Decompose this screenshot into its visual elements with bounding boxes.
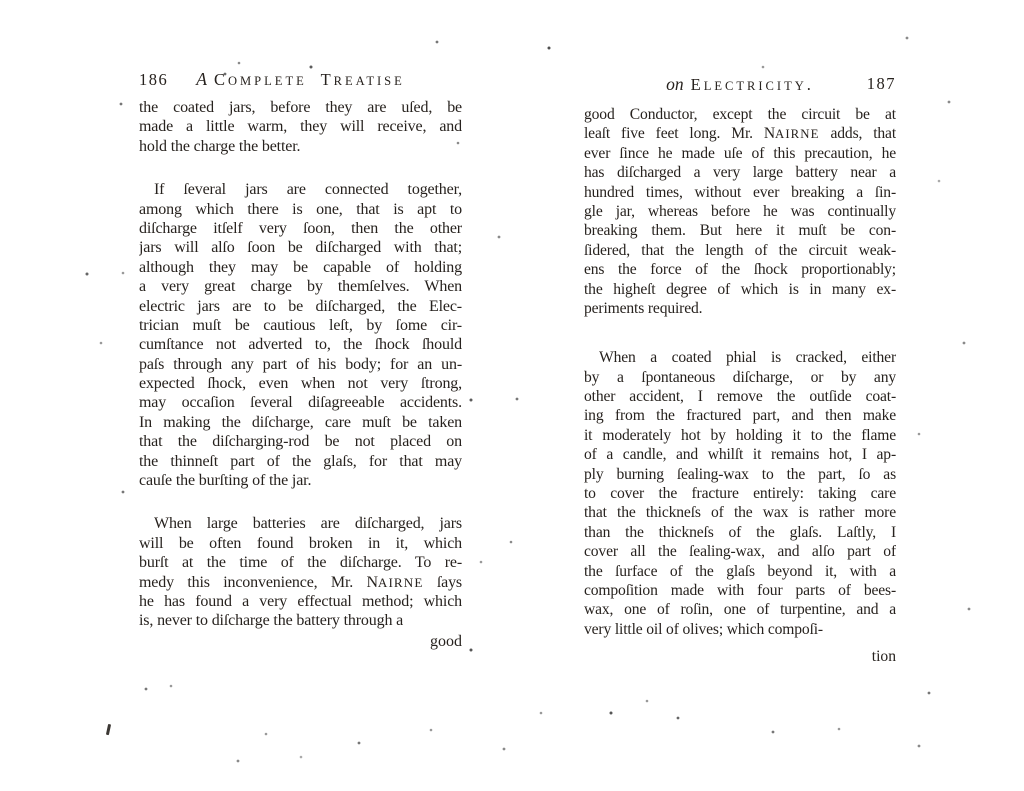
text-line: to cover the fracture entirely: taking c… [584,484,896,503]
text-line: it moderately hot by holding it to the f… [584,426,896,445]
text-line: a very great charge by themſelves. When [139,277,462,296]
text-line: very little oil of olives; which compoſi… [584,620,896,639]
text-line: diſcharge itſelf very ſoon, then the oth… [139,219,462,238]
running-title-left: COMPLETE TREATISE [214,70,405,90]
text-line: breaking them. But here it muſt be con- [584,221,896,240]
text-line: ply burning ſealing-wax to the part, ſo … [584,465,896,484]
ink-mark [106,724,111,735]
text-line: than the thickneſs of the glaſs. Laſtly,… [584,523,896,542]
paragraph: the coated jars, before they are uſed, b… [139,98,462,156]
text-line: cumſtance not adverted to, the ſhock ſho… [139,335,462,354]
text-line: wax, one of roſin, one of turpentine, an… [584,600,896,619]
paragraph: When large batteries are diſcharged, jar… [139,514,462,630]
text-line: leaſt five feet long. Mr. NAIRNE adds, t… [584,124,896,143]
text-line: good Conductor, except the circuit be at [584,105,896,124]
small-caps-word: NAIRNE [764,125,820,142]
page-body-right: good Conductor, except the circuit be at… [584,105,896,639]
text-line: the higheſt degree of which is in many e… [584,280,896,299]
text-line: ever ſince he made uſe of this precautio… [584,144,896,163]
text-line: trician muſt be cautious leſt, by ſome c… [139,316,462,335]
text-line: If ſeveral jars are connected together, [139,180,462,199]
text-line: hundred times, without ever breaking a ſ… [584,183,896,202]
text-line: medy this inconvenience, Mr. NAIRNE ſays [139,573,462,592]
running-title-right: ELECTRICITY. [691,75,814,95]
text-line: that the diſcharging-rod be not placed o… [139,432,462,451]
text-line: hold the charge the better. [139,137,462,156]
text-line: may occaſion ſeveral diſagreeable accide… [139,393,462,412]
small-caps-word: COMPLETE [214,70,307,89]
text-line: has diſcharged a very large battery near… [584,163,896,182]
text-line: In making the diſcharge, care muſt be ta… [139,413,462,432]
page-header-left: 186 A COMPLETE TREATISE [139,69,462,90]
page-body-left: the coated jars, before they are uſed, b… [139,98,462,631]
paragraph: good Conductor, except the circuit be at… [584,105,896,318]
text-line: When a coated phial is cracked, either [584,348,896,367]
text-line: cover all the ſealing-wax, and alſo part… [584,542,896,561]
text-line: the coated jars, before they are uſed, b… [139,98,462,117]
catchword-right: tion [584,647,896,666]
text-line: by a ſpontaneous diſcharge, or by any [584,368,896,387]
running-title-lead-right: on [666,74,684,95]
text-line: ing from the fractured part, and then ma… [584,406,896,425]
text-line: the ſurface of the glaſs beyond it, with… [584,562,896,581]
text-line: paſs through any part of his body; for a… [139,355,462,374]
text-line: periments required. [584,299,896,318]
text-line: will be often found broken in it, which [139,534,462,553]
text-line: gle jar, whereas before he was continual… [584,202,896,221]
text-line: ens the force of the ſhock proportionabl… [584,260,896,279]
text-line: jars will alſo ſoon be diſcharged with t… [139,238,462,257]
text-line: cauſe the burſting of the jar. [139,471,462,490]
text-line: that the thickneſs of the wax is rather … [584,503,896,522]
text-line: other accident, I remove the outſide coa… [584,387,896,406]
text-line: When large batteries are diſcharged, jar… [139,514,462,533]
small-caps-word: TREATISE [321,70,405,89]
text-line: among which there is one, that is apt to [139,200,462,219]
page-number-left: 186 [139,70,168,90]
paragraph: When a coated phial is cracked, eitherby… [584,348,896,639]
running-title-lead-left: A [196,69,207,90]
text-line: electric jars are to be diſcharged, the … [139,297,462,316]
book-scan: 186 A COMPLETE TREATISE the coated jars,… [0,0,1024,791]
text-line: of a candle, and whilſt it remains hot, … [584,445,896,464]
text-line: although they may be capable of holding [139,258,462,277]
small-caps-word: ELECTRICITY [691,75,807,94]
text-line: made a little warm, they will receive, a… [139,117,462,136]
text-line: compoſition made with four parts of bees… [584,581,896,600]
page-header-right: on ELECTRICITY. 187 [584,74,896,95]
page-right: on ELECTRICITY. 187 good Conductor, exce… [584,74,896,667]
text-line: he has found a very effectual method; wh… [139,592,462,611]
text-line: expected ſhock, even when not very ſtron… [139,374,462,393]
page-left: 186 A COMPLETE TREATISE the coated jars,… [139,69,462,651]
page-number-right: 187 [867,74,896,94]
paragraph: If ſeveral jars are connected together,a… [139,180,462,490]
text-line: burſt at the time of the diſcharge. To r… [139,553,462,572]
text-line: is, never to diſcharge the battery throu… [139,611,462,630]
small-caps-word: NAIRNE [366,574,423,591]
catchword-left: good [139,632,462,651]
scan-noise-speckles [0,0,2,2]
text-line: the thinneſt part of the glaſs, for that… [139,452,462,471]
text-line: ſidered, that the length of the circuit … [584,241,896,260]
